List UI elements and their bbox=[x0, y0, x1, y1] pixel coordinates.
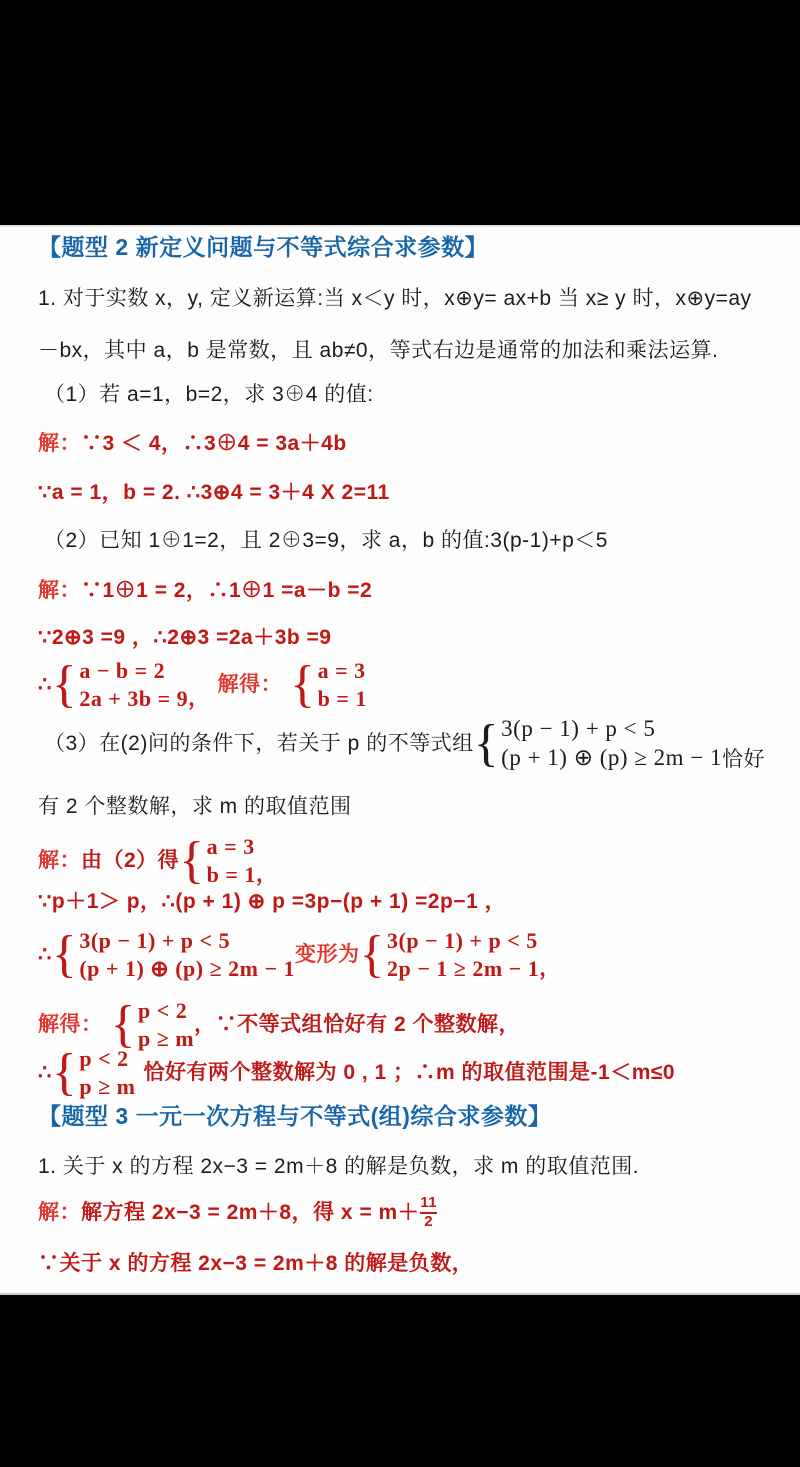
solution-part3-transform-line: ∴ { 3(p − 1) + p < 5 (p + 1) ⊕ (p) ≥ 2m … bbox=[38, 927, 561, 982]
system-row: p < 2 bbox=[138, 997, 194, 1025]
solution2-line2: ∵关于 x 的方程 2x−3 = 2m＋8 的解是负数， bbox=[38, 1250, 473, 1277]
question-text-suffix: 恰好 bbox=[722, 746, 765, 773]
system-row: 3(p − 1) + p < 5 bbox=[387, 927, 539, 955]
system-row: 2p − 1 ≥ 2m − 1 bbox=[387, 955, 539, 983]
fraction-eleven-halves: 11 2 bbox=[420, 1195, 437, 1230]
fraction-denominator: 2 bbox=[420, 1212, 437, 1231]
system-row: p < 2 bbox=[79, 1045, 135, 1073]
system-row: p ≥ m bbox=[79, 1073, 135, 1101]
solution-label: 解： bbox=[38, 579, 81, 602]
solve-result-label: 解得： bbox=[218, 671, 283, 698]
system-row: a = 3 bbox=[318, 657, 367, 685]
inequality-system-solution: { p < 2 p ≥ m bbox=[111, 997, 195, 1052]
solution-part2-system-line: ∴ { a − b = 2 2a + 3b = 9 ， 解得： { a = 3 … bbox=[38, 657, 367, 712]
inequality-system-transformed: { 3(p − 1) + p < 5 2p − 1 ≥ 2m − 1 bbox=[360, 927, 540, 982]
bottom-letterbox-bar bbox=[0, 1293, 800, 1467]
solution-text: 由（2）得 bbox=[81, 847, 179, 874]
solution-text: ∵3 ＜ 4，∴3⊕4 = 3a＋4b bbox=[81, 432, 347, 455]
system-row: b = 1 bbox=[318, 685, 367, 713]
conclusion-text: 恰好有两个整数解为 0 , 1 ；∴m 的取值范围是-1＜m≤0 bbox=[143, 1059, 675, 1086]
solution-text: 解方程 2x−3 = 2m＋8，得 x = m＋ bbox=[81, 1199, 419, 1226]
comma: ， bbox=[539, 955, 561, 982]
left-brace-glyph: { bbox=[111, 1000, 136, 1049]
solution-label: 解： bbox=[38, 432, 81, 455]
solution-part3-line1: 解： 由（2）得 { a = 3 b = 1 ， bbox=[38, 833, 277, 888]
therefore-symbol: ∴ bbox=[38, 671, 52, 698]
problem1-part3-question-line2: 有 2 个整数解，求 m 的取值范围 bbox=[38, 793, 352, 820]
section-heading-type2: 【题型 2 新定义问题与不等式综合求参数】 bbox=[38, 234, 488, 261]
problem1-part2-question: （2）已知 1⊕1=2，且 2⊕3=9，求 a，b 的值:3(p-1)+p＜5 bbox=[44, 527, 608, 554]
solution-part3-solved-line: 解得： { p < 2 p ≥ m ，∵不等式组恰好有 2 个整数解， bbox=[38, 997, 520, 1052]
system-row: 2a + 3b = 9 bbox=[79, 685, 188, 713]
solution-part1-line1: 解：∵3 ＜ 4，∴3⊕4 = 3a＋4b bbox=[38, 430, 347, 457]
equation-system-ab-known: { a = 3 b = 1 bbox=[179, 833, 256, 888]
solution-text: ∵1⊕1 = 2，∴1⊕1 =a－b =2 bbox=[81, 579, 372, 602]
equation-system-ab: { a − b = 2 2a + 3b = 9 bbox=[52, 657, 188, 712]
inequality-system-solution: { p < 2 p ≥ m bbox=[52, 1045, 136, 1100]
system-row: 3(p − 1) + p < 5 bbox=[501, 715, 722, 744]
solution-part3-line2: ∵p＋1＞ p，∴(p + 1) ⊕ p =3p−(p + 1) =2p−1 ， bbox=[38, 888, 506, 915]
inequality-system: { 3(p − 1) + p < 5 (p + 1) ⊕ (p) ≥ 2m − … bbox=[474, 715, 722, 773]
problem1-statement-line2: －bx，其中 a，b 是常数，且 ab≠0，等式右边是通常的加法和乘法运算. bbox=[38, 337, 718, 364]
equation-system-ab-result: { a = 3 b = 1 bbox=[290, 657, 367, 712]
left-brace-glyph: { bbox=[52, 1048, 77, 1097]
system-row: b = 1 bbox=[207, 861, 256, 889]
section-heading-type3: 【题型 3 一元一次方程与不等式(组)综合求参数】 bbox=[38, 1103, 551, 1130]
system-row: a = 3 bbox=[207, 833, 256, 861]
left-brace-glyph: { bbox=[52, 660, 77, 709]
solve-result-label: 解得： bbox=[38, 1011, 103, 1038]
worksheet-page: 【题型 2 新定义问题与不等式综合求参数】 1. 对于实数 x，y, 定义新运算… bbox=[0, 225, 800, 1293]
left-brace-glyph: { bbox=[179, 836, 204, 885]
therefore-symbol: ∴ bbox=[38, 1059, 52, 1086]
solution-part2-line2: ∵2⊕3 =9 ，∴2⊕3 =2a＋3b =9 bbox=[38, 624, 331, 651]
fraction-numerator: 11 bbox=[420, 1195, 437, 1212]
top-letterbox-bar bbox=[0, 0, 800, 225]
problem1-statement-line1: 1. 对于实数 x，y, 定义新运算:当 x＜y 时，x⊕y= ax+b 当 x… bbox=[38, 285, 752, 312]
solution-part1-line2: ∵a = 1，b = 2. ∴3⊕4 = 3＋4 X 2=11 bbox=[38, 479, 390, 506]
solution2-line1: 解： 解方程 2x−3 = 2m＋8，得 x = m＋ 11 2 bbox=[38, 1195, 437, 1230]
comma: ， bbox=[188, 685, 210, 712]
problem1-part1-question: （1）若 a=1，b=2，求 3⊕4 的值: bbox=[44, 381, 374, 408]
left-brace-glyph: { bbox=[290, 660, 315, 709]
system-row: 3(p − 1) + p < 5 bbox=[79, 927, 295, 955]
left-brace-glyph: { bbox=[474, 719, 499, 768]
solution-part3-conclusion-line: ∴ { p < 2 p ≥ m 恰好有两个整数解为 0 , 1 ；∴m 的取值范… bbox=[38, 1045, 675, 1100]
system-row: a − b = 2 bbox=[79, 657, 188, 685]
solution-label: 解： bbox=[38, 1199, 81, 1226]
problem1-part3-question-line1: （3）在(2)问的条件下，若关于 p 的不等式组 { 3(p − 1) + p … bbox=[44, 715, 765, 773]
problem2-statement: 1. 关于 x 的方程 2x−3 = 2m＋8 的解是负数，求 m 的取值范围. bbox=[38, 1153, 639, 1180]
solution-part2-line1: 解：∵1⊕1 = 2，∴1⊕1 =a－b =2 bbox=[38, 577, 372, 604]
comma: ， bbox=[256, 861, 278, 888]
left-brace-glyph: { bbox=[360, 930, 385, 979]
left-brace-glyph: { bbox=[52, 930, 77, 979]
solution-label: 解： bbox=[38, 847, 81, 874]
system-row: (p + 1) ⊕ (p) ≥ 2m − 1 bbox=[501, 744, 722, 773]
transform-label: 变形为 bbox=[295, 941, 360, 968]
inequality-system-original: { 3(p − 1) + p < 5 (p + 1) ⊕ (p) ≥ 2m − … bbox=[52, 927, 295, 982]
therefore-symbol: ∴ bbox=[38, 941, 52, 968]
solution-text: ，∵不等式组恰好有 2 个整数解， bbox=[194, 1011, 520, 1038]
question-text: （3）在(2)问的条件下，若关于 p 的不等式组 bbox=[44, 730, 474, 757]
system-row: (p + 1) ⊕ (p) ≥ 2m − 1 bbox=[79, 955, 295, 983]
